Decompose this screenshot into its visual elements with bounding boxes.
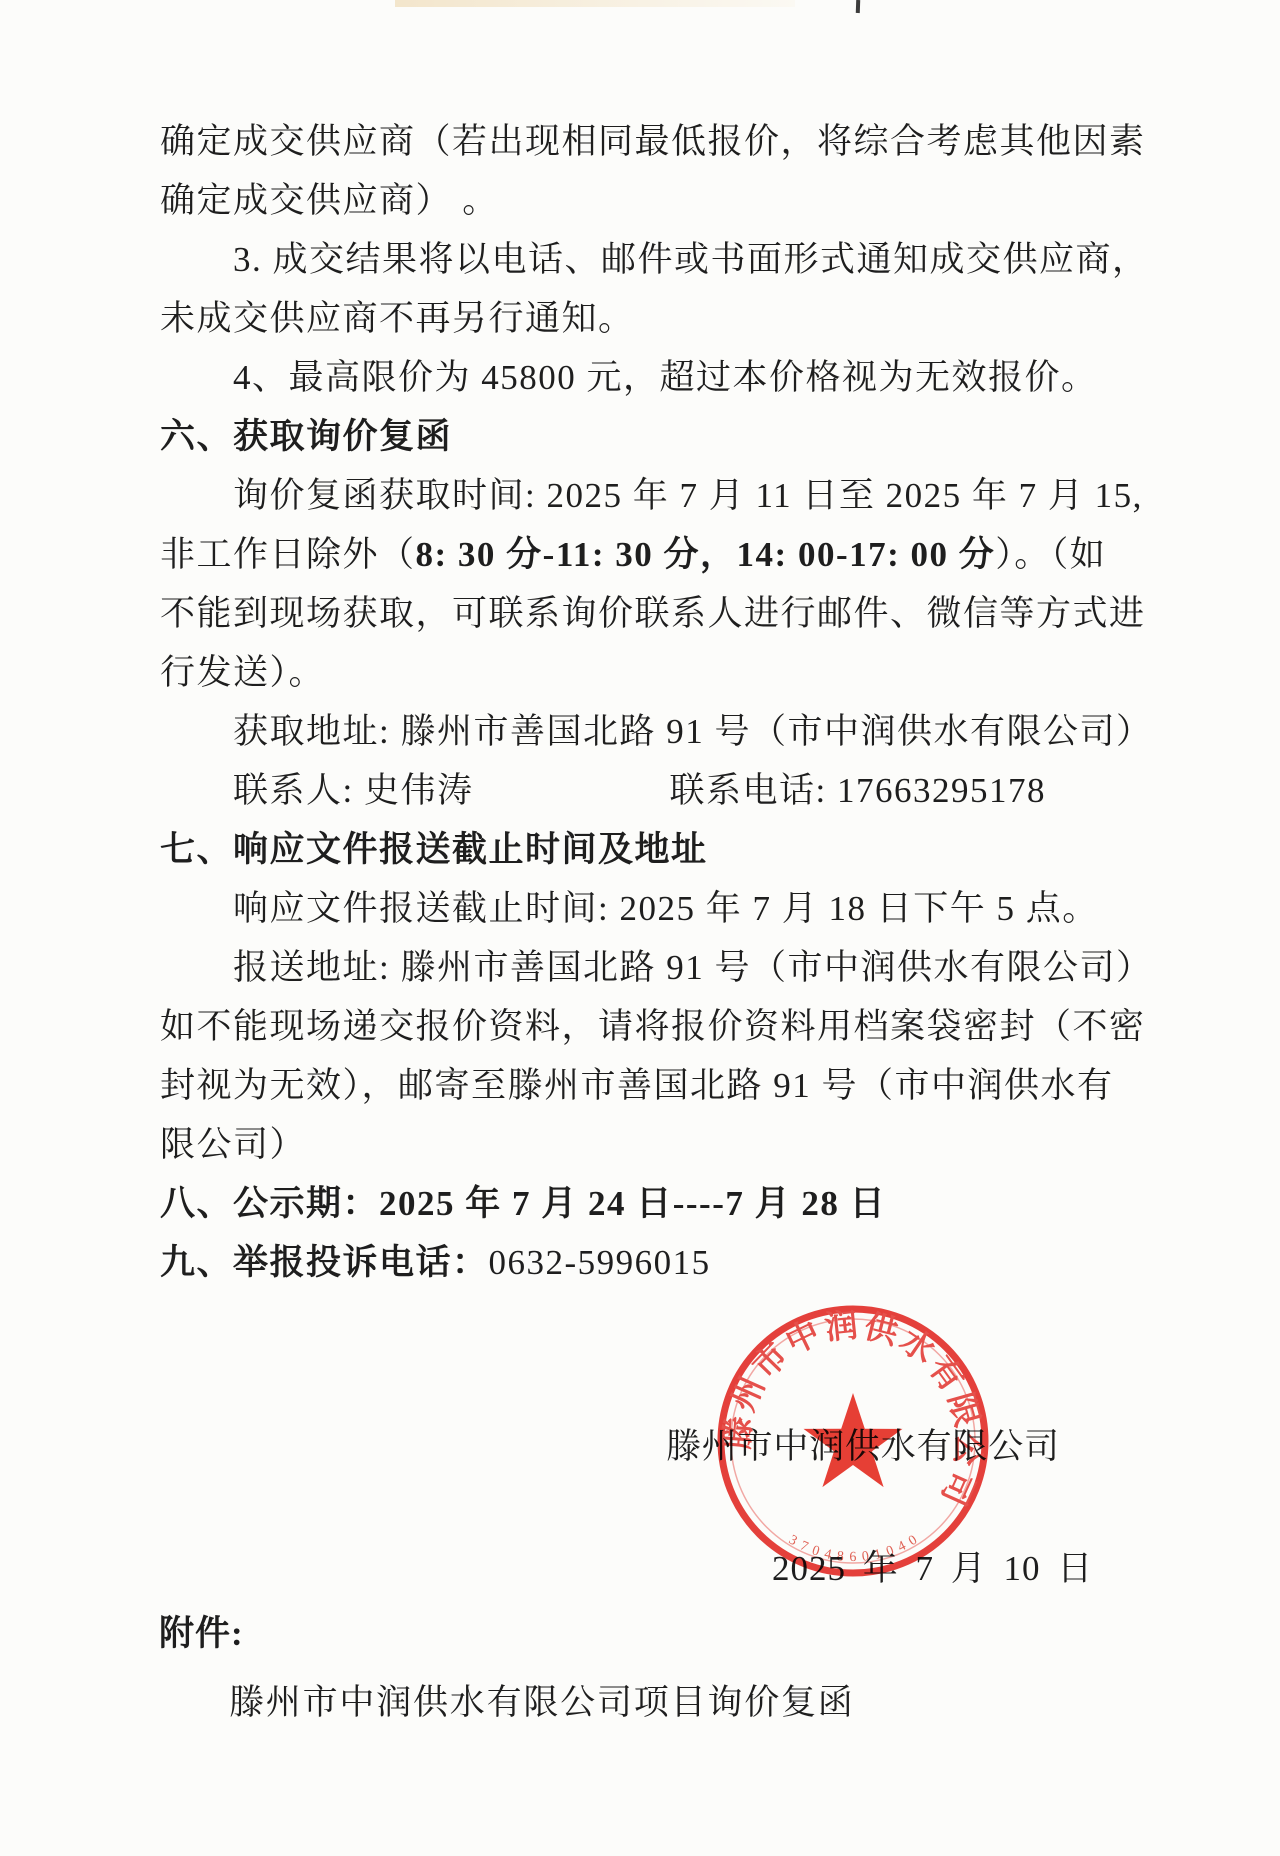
document-text-segment: 六、获取询价复函 (160, 417, 452, 456)
document-line: 八、公示期：2025 年 7 月 24 日----7 月 28 日 (160, 1174, 1152, 1233)
document-text-segment: 行发送）。 (160, 653, 325, 692)
document-line: 六、获取询价复函 (160, 407, 1152, 466)
document-text-segment: 询价复函获取时间: 2025 年 7 月 11 日至 2025 年 7 月 15… (233, 476, 1143, 515)
document-text-segment: 3. 成交结果将以电话、邮件或书面形式通知成交供应商， (233, 240, 1149, 279)
document-text-segment: 联系人: 史伟涛 (233, 771, 473, 810)
document-lines: 确定成交供应商（若出现相同最低报价，将综合考虑其他因素确定成交供应商） 。3. … (160, 112, 1152, 1292)
scanned-document-page: 确定成交供应商（若出现相同最低报价，将综合考虑其他因素确定成交供应商） 。3. … (0, 0, 1280, 1856)
document-line: 询价复函获取时间: 2025 年 7 月 11 日至 2025 年 7 月 15… (160, 466, 1152, 525)
document-text-segment: 封视为无效），邮寄至滕州市善国北路 91 号（市中润供水有 (160, 1066, 1114, 1105)
document-text-segment: 响应文件报送截止时间: 2025 年 7 月 18 日下午 5 点。 (233, 889, 1099, 928)
document-line: 确定成交供应商（若出现相同最低报价，将综合考虑其他因素 (160, 112, 1152, 171)
document-line: 非工作日除外（8: 30 分-11: 30 分，14: 00-17: 00 分）… (160, 525, 1152, 584)
document-text-segment: ）。（如 (995, 535, 1106, 574)
document-text-segment: 获取地址: 滕州市善国北路 91 号（市中润供水有限公司） (233, 712, 1152, 751)
document-line: 限公司） (160, 1115, 1152, 1174)
document-text-segment: 限公司） (160, 1125, 306, 1164)
document-text-segment: 4、最高限价为 45800 元，超过本价格视为无效报价。 (233, 358, 1098, 397)
document-text-segment: 确定成交供应商） 。 (160, 181, 499, 220)
document-line: 获取地址: 滕州市善国北路 91 号（市中润供水有限公司） (160, 702, 1152, 761)
scan-artifact-streak (395, 0, 795, 7)
document-line: 报送地址: 滕州市善国北路 91 号（市中润供水有限公司） (160, 938, 1152, 997)
document-text-segment: 九、举报投诉电话： (160, 1243, 489, 1282)
document-line: 未成交供应商不再另行通知。 (160, 289, 1152, 348)
document-text-segment: 报送地址: 滕州市善国北路 91 号（市中润供水有限公司） (233, 948, 1152, 987)
document-text-segment: 七、响应文件报送截止时间及地址 (160, 830, 708, 869)
document-line: 确定成交供应商） 。 (160, 171, 1152, 230)
document-line: 九、举报投诉电话：0632-5996015 (160, 1233, 1152, 1292)
document-text-segment: 0632-5996015 (489, 1243, 711, 1282)
document-line: 响应文件报送截止时间: 2025 年 7 月 18 日下午 5 点。 (160, 879, 1152, 938)
document-text-segment: 未成交供应商不再另行通知。 (160, 299, 635, 338)
document-line: 不能到现场获取，可联系询价联系人进行邮件、微信等方式进 (160, 584, 1152, 643)
document-text-segment: 8: 30 分-11: 30 分，14: 00-17: 00 分 (416, 535, 996, 574)
document-text-segment: 确定成交供应商（若出现相同最低报价，将综合考虑其他因素 (160, 122, 1146, 161)
document-line: 4、最高限价为 45800 元，超过本价格视为无效报价。 (160, 348, 1152, 407)
document-line: 如不能现场递交报价资料，请将报价资料用档案袋密封（不密 (160, 997, 1152, 1056)
attachment-item: 滕州市中润供水有限公司项目询价复函 (229, 1675, 855, 1725)
document-text-segment: 联系电话: 17663295178 (669, 771, 1045, 810)
document-line: 七、响应文件报送截止时间及地址 (160, 820, 1152, 879)
document-text-segment: 非工作日除外（ (160, 535, 416, 574)
document-line: 3. 成交结果将以电话、邮件或书面形式通知成交供应商， (160, 230, 1152, 289)
document-text-segment: 不能到现场获取，可联系询价联系人进行邮件、微信等方式进 (160, 594, 1146, 633)
document-line: 联系人: 史伟涛联系电话: 17663295178 (160, 761, 1152, 820)
scan-artifact-mark (856, 0, 860, 13)
attachment-label: 附件: (159, 1606, 244, 1656)
document-text-segment: 八、公示期：2025 年 7 月 24 日----7 月 28 日 (160, 1184, 886, 1223)
document-text-segment: 如不能现场递交报价资料，请将报价资料用档案袋密封（不密 (160, 1007, 1146, 1046)
document-line: 封视为无效），邮寄至滕州市善国北路 91 号（市中润供水有 (160, 1056, 1152, 1115)
document-line: 行发送）。 (160, 643, 1152, 702)
company-seal: 滕州市中润供水有限公司 37048601040 (708, 1296, 998, 1586)
seal-star-icon (804, 1393, 903, 1487)
